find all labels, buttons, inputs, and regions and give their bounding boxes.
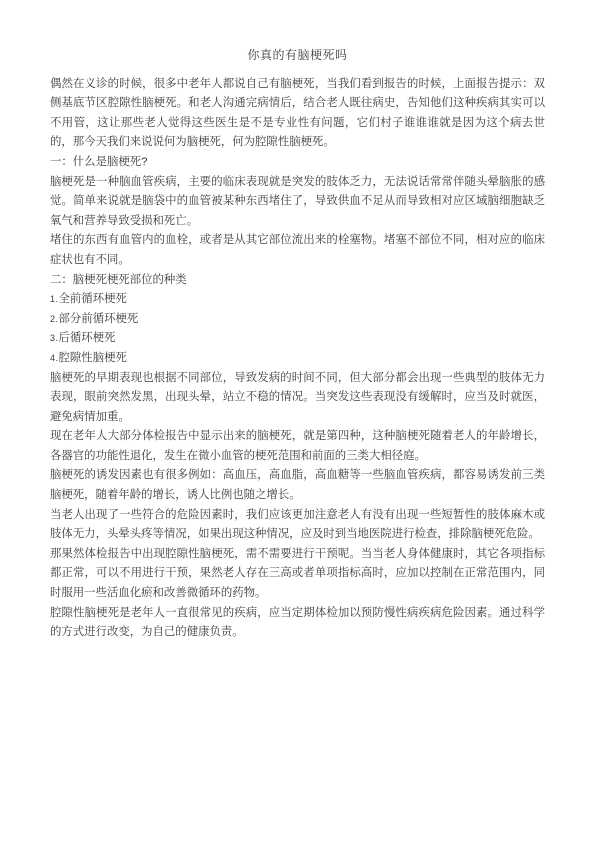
document-page: 你真的有脑梗死吗 偶然在义诊的时候，很多中老年人都说自己有脑梗死，当我们看到报告… bbox=[0, 0, 595, 841]
list-item-label: 全前循环梗死 bbox=[59, 293, 127, 305]
list-item: 1.全前循环梗死 bbox=[50, 290, 545, 310]
list-item-number: 2. bbox=[50, 314, 59, 324]
intro-paragraph: 偶然在义诊的时候，很多中老年人都说自己有脑梗死，当我们看到报告的时候，上面报告提… bbox=[50, 75, 545, 153]
section-one-heading: 一：什么是脑梗死? bbox=[50, 153, 545, 173]
document-title: 你真的有脑梗死吗 bbox=[50, 46, 545, 66]
list-item: 3.后循环梗死 bbox=[50, 329, 545, 349]
section-two-heading: 二：脑梗死梗死部位的种类 bbox=[50, 271, 545, 291]
list-item-label: 腔隙性脑梗死 bbox=[59, 352, 127, 364]
paragraph: 脑梗死的诱发因素也有很多例如：高血压，高血脂，高血糖等一些脑血管疾病，都容易诱发… bbox=[50, 466, 545, 505]
paragraph: 现在老年人大部分体检报告中显示出来的脑梗死，就是第四种，这种脑梗死随着老人的年龄… bbox=[50, 427, 545, 466]
paragraph: 脑梗死是一种脑血管疾病，主要的临床表现就是突发的肢体乏力，无法说话常常伴随头晕脑… bbox=[50, 173, 545, 232]
list-item-label: 部分前循环梗死 bbox=[59, 313, 139, 325]
list-item: 4.腔隙性脑梗死 bbox=[50, 349, 545, 369]
list-item-label: 后循环梗死 bbox=[59, 332, 116, 344]
conclusion-paragraph: 那果然体检报告中出现腔隙性脑梗死，需不需要进行干预呢。当当老人身体健康时，其它各… bbox=[50, 545, 545, 604]
paragraph: 当老人出现了一些符合的危险因素时，我们应该更加注意老人有没有出现一些短暂性的肢体… bbox=[50, 506, 545, 545]
paragraph: 堵住的东西有血管内的血栓，或者是从其它部位流出来的栓塞物。堵塞不部位不同，相对应… bbox=[50, 231, 545, 270]
conclusion-paragraph: 腔隙性脑梗死是老年人一直很常见的疾病，应当定期体检加以预防慢性病疾病危险因素。通… bbox=[50, 604, 545, 643]
list-item-number: 4. bbox=[50, 353, 59, 363]
list-item: 2.部分前循环梗死 bbox=[50, 310, 545, 330]
paragraph: 脑梗死的早期表现也根据不同部位，导致发病的时间不同，但大部分都会出现一些典型的肢… bbox=[50, 369, 545, 428]
list-item-number: 1. bbox=[50, 294, 59, 304]
list-item-number: 3. bbox=[50, 333, 59, 343]
